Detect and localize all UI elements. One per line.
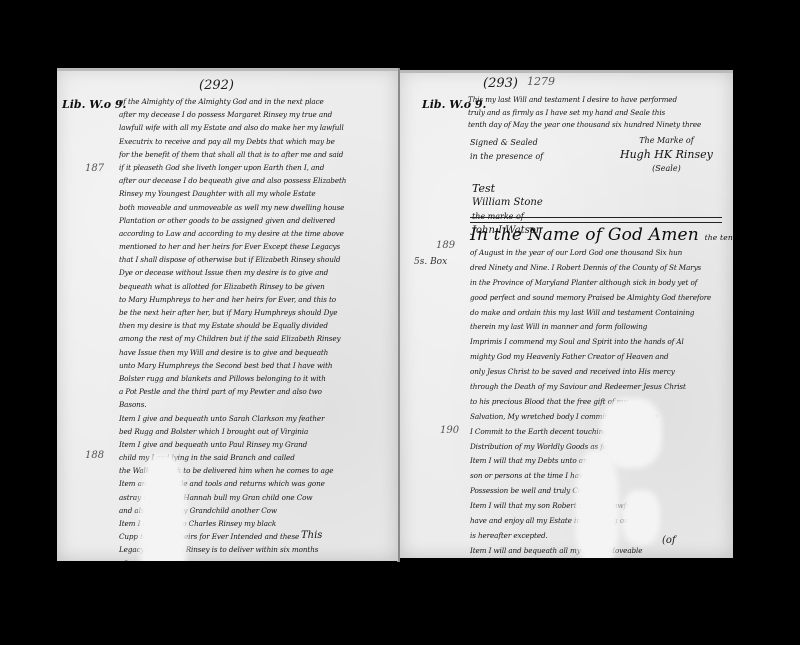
catchword: (of — [662, 535, 676, 546]
text-line: according to Law and according to my des… — [119, 227, 387, 240]
text-line: Basons. — [119, 398, 387, 411]
margin-ref: 190 — [440, 425, 459, 436]
text-line: if it pleaseth God she liveth longer upo… — [119, 161, 387, 174]
text-line: do make and ordain this my last Will and… — [470, 306, 725, 321]
catchword: This — [301, 530, 322, 541]
page-number: (292) — [199, 78, 234, 93]
text-line: that I shall dispose of otherwise but if… — [119, 253, 387, 266]
liber-reference: Lib. W.o 9. — [62, 98, 126, 111]
text-line: mentioned to her and her heirs for Ever … — [119, 240, 387, 253]
testator-signature: The Marke of Hugh HK Rinsey (Seale) — [620, 134, 713, 176]
margin-ref: 5s. Box — [414, 257, 447, 267]
page-top-edge — [400, 70, 733, 73]
text-line: lawfull wife with all my Estate and also… — [119, 121, 387, 134]
text-line: after our decease I do bequeath give and… — [119, 174, 387, 187]
text-line: truly and as firmly as I have set my han… — [468, 107, 728, 120]
page-damage-blot — [622, 490, 660, 545]
text-line: only Jesus Christ to be saved and receiv… — [470, 365, 725, 380]
will-heading: In the Name of God Amen the tenth day — [470, 225, 733, 245]
right-page: (293) 1279 Lib. W.o 9. This my last Will… — [400, 70, 733, 558]
text-line: in the Province of Maryland Planter alth… — [470, 276, 725, 291]
folio-number: 1279 — [527, 75, 555, 88]
text-line: mighty God my Heavenly Father Creator of… — [470, 350, 725, 365]
text-line: Plantation or other goods to be assigned… — [119, 214, 387, 227]
text-line: Item I give and bequeath unto Sarah Clar… — [119, 412, 387, 425]
text-line: Imprimis I commend my Soul and Spirit in… — [470, 335, 725, 350]
text-line: both moveable and unmoveable as well my … — [119, 201, 387, 214]
text-line: Dye or decease without Issue then my des… — [119, 266, 387, 279]
text-line: among the rest of my Children but if the… — [119, 332, 387, 345]
text-line: bed Rugg and Bolster which I brought out… — [119, 425, 387, 438]
text-line: Salvation, My wretched body I commit aft… — [470, 410, 725, 425]
section-divider — [470, 217, 722, 223]
text-line: Rinsey my Youngest Daughter with all my … — [119, 187, 387, 200]
will-closing-text: This my last Will and testament I desire… — [468, 94, 728, 132]
text-line: then my desire is that my Estate should … — [119, 319, 387, 332]
text-line: therein my last Will in manner and form … — [470, 320, 725, 335]
text-line: dred Ninety and Nine. I Robert Dennis of… — [470, 261, 725, 276]
margin-ref: 188 — [85, 450, 104, 461]
margin-ref: 189 — [436, 240, 455, 251]
text-line: after my decease I do possess Margaret R… — [119, 108, 387, 121]
page-number: (293) — [483, 76, 518, 91]
text-line: through the Death of my Saviour and Rede… — [470, 380, 725, 395]
text-line: of the Almighty of the Almighty God and … — [119, 95, 387, 108]
text-line: good perfect and sound memory Praised be… — [470, 291, 725, 306]
page-top-edge — [57, 68, 398, 71]
text-line: be the next heir after her, but if Mary … — [119, 306, 387, 319]
margin-ref: 187 — [85, 163, 104, 174]
text-line: of August in the year of our Lord God on… — [470, 246, 725, 261]
text-line: for the benefit of them that shall all t… — [119, 148, 387, 161]
text-line: Item I give and bequeath unto Paul Rinse… — [119, 438, 387, 451]
text-line: I Commit to the Earth decent touching th… — [470, 425, 725, 440]
text-line: This my last Will and testament I desire… — [468, 94, 728, 107]
text-line: bequeath what is allotted for Elizabeth … — [119, 280, 387, 293]
text-line: to Mary Humphreys to her and her heirs f… — [119, 293, 387, 306]
text-line: to his precious Blood that the free gift… — [470, 395, 725, 410]
text-line: have Issue then my Will and desire is to… — [119, 346, 387, 359]
text-line: unto Mary Humphreys the Second best bed … — [119, 359, 387, 372]
page-damage-blot — [575, 450, 619, 558]
text-line: Executrix to receive and pay all my Debt… — [119, 135, 387, 148]
left-page: (292) Lib. W.o 9. 187 188 of the Almight… — [57, 68, 398, 561]
text-line: Bolster rugg and blankets and Pillows be… — [119, 372, 387, 385]
page-damage-blot — [139, 453, 187, 561]
text-line: a Pot Pestle and the third part of my Pe… — [119, 385, 387, 398]
signed-sealed-block: Signed & Sealed in the presence of — [470, 136, 543, 164]
text-line: tenth day of May the year one thousand s… — [468, 119, 728, 132]
